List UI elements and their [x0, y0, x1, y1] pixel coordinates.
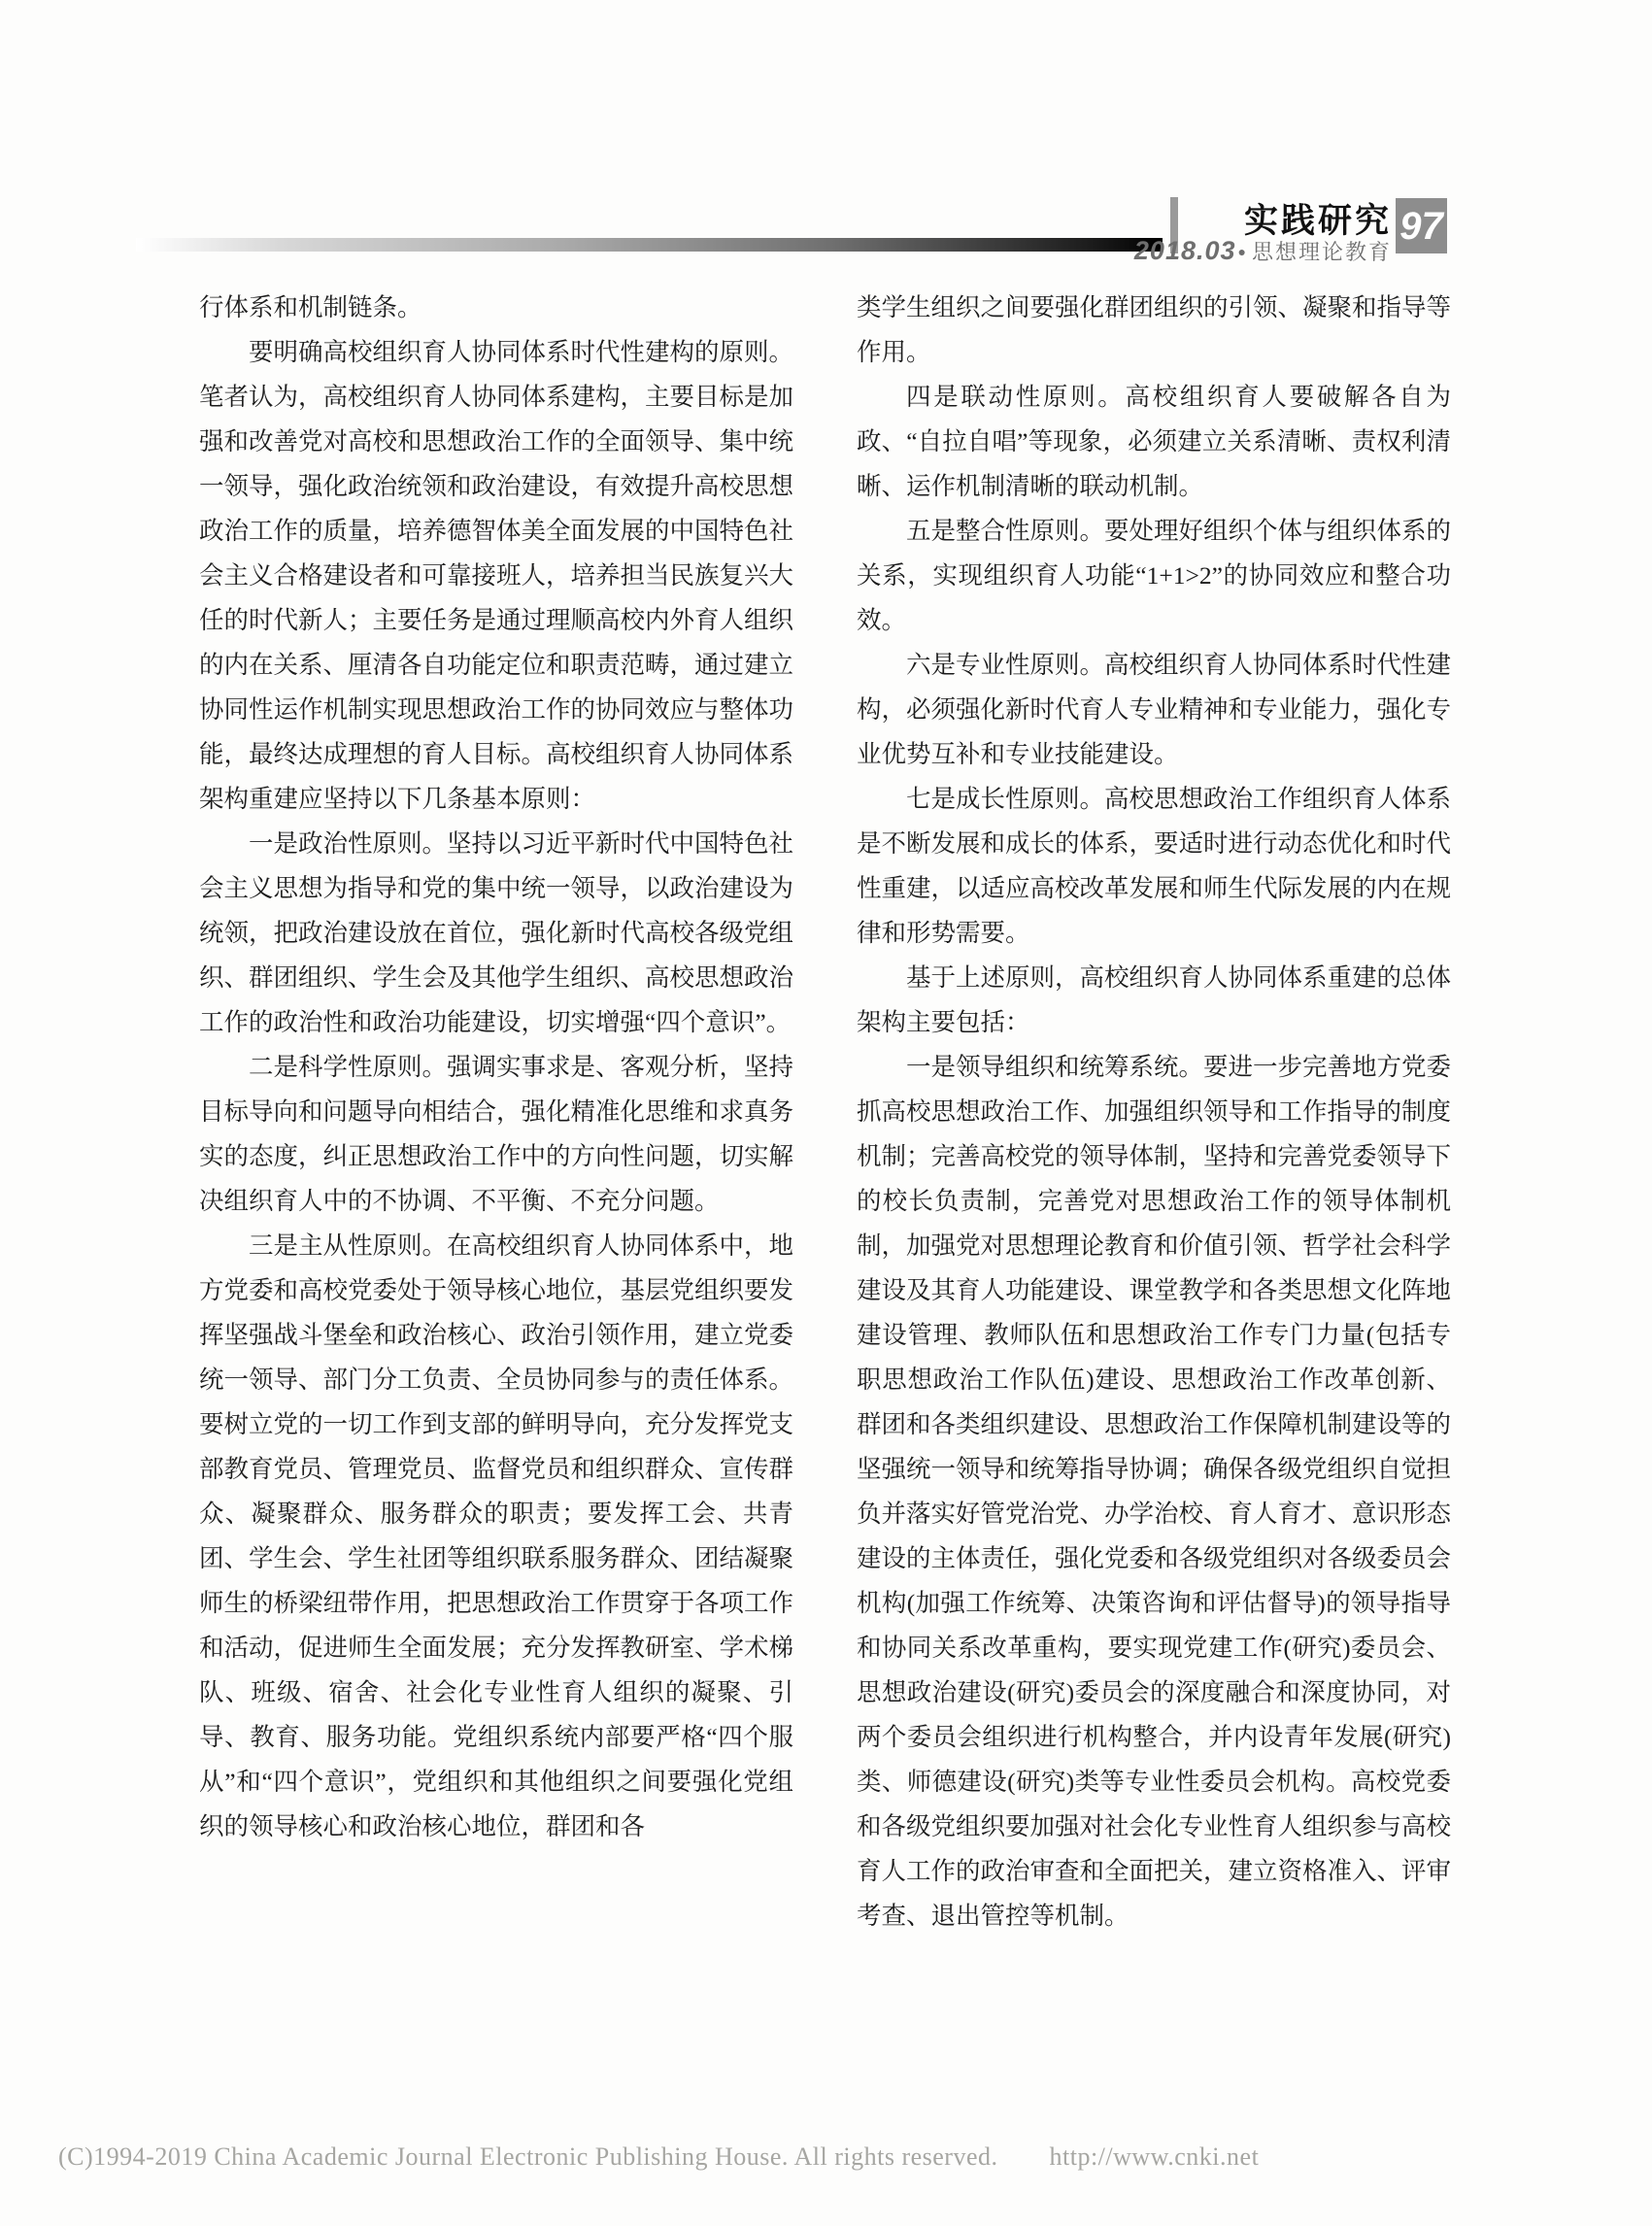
journal-page: 实践研究 2018.03●思想理论教育 97 行体系和机制链条。要明确高校组织育…	[0, 0, 1652, 2226]
page-number: 97	[1399, 207, 1443, 246]
paragraph: 五是整合性原则。要处理好组织个体与组织体系的关系，实现组织育人功能“1+1>2”…	[857, 509, 1451, 643]
left-column: 行体系和机制链条。要明确高校组织育人协同体系时代性建构的原则。笔者认为，高校组织…	[199, 286, 793, 1849]
paragraph: 六是专业性原则。高校组织育人协同体系时代性建构，必须强化新时代育人专业精神和专业…	[857, 643, 1451, 777]
paragraph: 一是领导组织和统筹系统。要进一步完善地方党委抓高校思想政治工作、加强组织领导和工…	[857, 1045, 1451, 1939]
paragraph: 行体系和机制链条。	[199, 286, 793, 330]
paragraph: 四是联动性原则。高校组织育人要破解各自为政、“自拉自唱”等现象，必须建立关系清晰…	[857, 375, 1451, 509]
paragraph: 七是成长性原则。高校思想政治工作组织育人体系是不断发展和成长的体系，要适时进行动…	[857, 777, 1451, 956]
issue-line: 2018.03●思想理论教育	[1134, 236, 1392, 266]
issue-number: 2018.03	[1134, 236, 1236, 265]
right-column: 类学生组织之间要强化群团组织的引领、凝聚和指导等作用。四是联动性原则。高校组织育…	[857, 286, 1451, 1939]
paragraph: 要明确高校组织育人协同体系时代性建构的原则。笔者认为，高校组织育人协同体系建构，…	[199, 330, 793, 822]
footer-url: http://www.cnki.net	[1050, 2142, 1260, 2171]
paragraph: 基于上述原则，高校组织育人协同体系重建的总体架构主要包括：	[857, 956, 1451, 1045]
paragraph: 一是政治性原则。坚持以习近平新时代中国特色社会主义思想为指导和党的集中统一领导，…	[199, 822, 793, 1045]
page-footer: (C)1994-2019 China Academic Journal Elec…	[58, 2142, 1573, 2172]
bullet-icon: ●	[1238, 244, 1246, 259]
page-number-badge: 97	[1396, 198, 1447, 253]
journal-name: 思想理论教育	[1252, 240, 1392, 264]
paragraph: 三是主从性原则。在高校组织育人协同体系中，地方党委和高校党委处于领导核心地位，基…	[199, 1224, 793, 1849]
paragraph: 类学生组织之间要强化群团组织的引领、凝聚和指导等作用。	[857, 286, 1451, 375]
header-gradient-rule	[136, 238, 1163, 252]
paragraph: 二是科学性原则。强调实事求是、客观分析，坚持目标导向和问题导向相结合，强化精准化…	[199, 1045, 793, 1224]
copyright-text: (C)1994-2019 China Academic Journal Elec…	[58, 2142, 998, 2171]
